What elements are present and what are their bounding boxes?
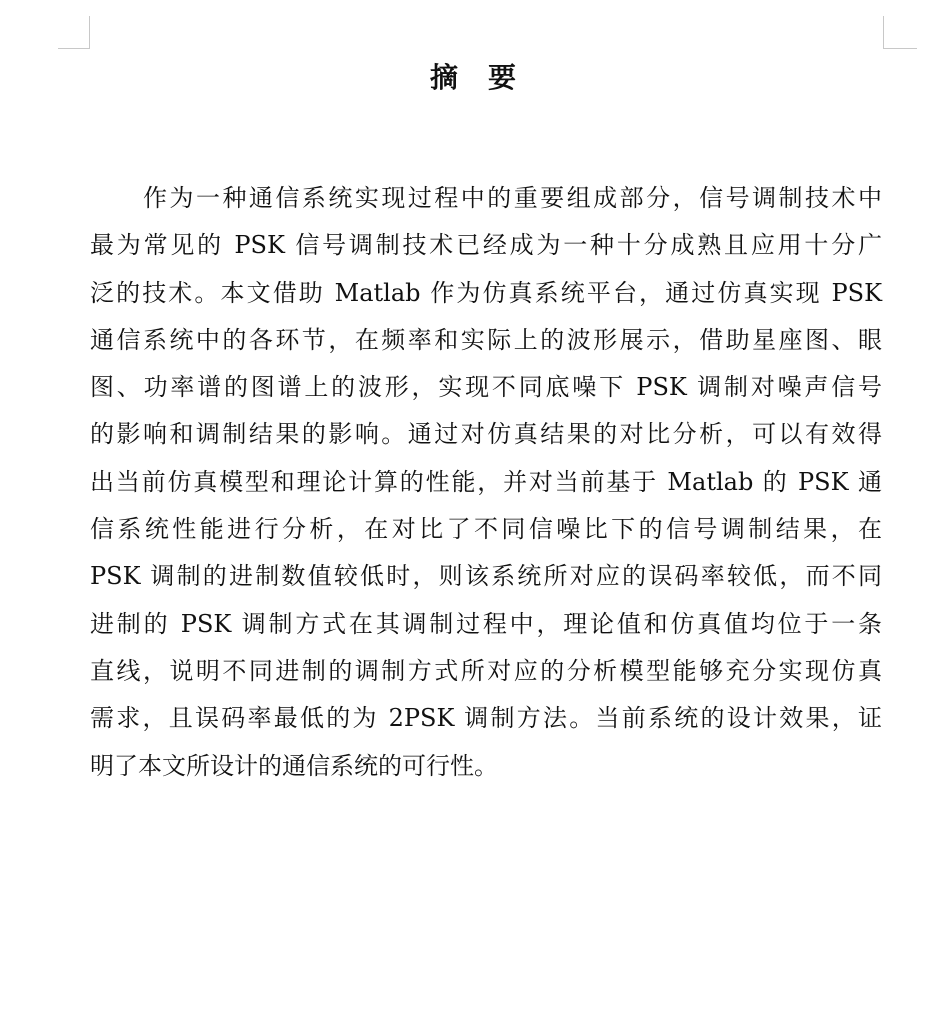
page-corner-mark-top-right (883, 16, 917, 49)
abstract-line-7: 出当前仿真模型和理论计算的性能，并对当前基于 Matlab 的 PSK 通 (90, 459, 882, 506)
abstract-line-6: 的影响和调制结果的影响。通过对仿真结果的对比分析，可以有效得 (90, 411, 882, 458)
abstract-line-10: 进制的 PSK 调制方式在其调制过程中，理论值和仿真值均位于一条 (90, 601, 882, 648)
abstract-line-1: 作为一种通信系统实现过程中的重要组成部分，信号调制技术中 (90, 175, 882, 222)
page-title: 摘要 (0, 58, 948, 98)
page-corner-mark-top-left (58, 16, 90, 49)
abstract-line-5: 图、功率谱的图谱上的波形，实现不同底噪下 PSK 调制对噪声信号 (90, 364, 882, 411)
abstract-paragraph: 作为一种通信系统实现过程中的重要组成部分，信号调制技术中 最为常见的 PSK 信… (90, 175, 882, 790)
abstract-line-2: 最为常见的 PSK 信号调制技术已经成为一种十分成熟且应用十分广 (90, 222, 882, 269)
abstract-line-4: 通信系统中的各环节，在频率和实际上的波形展示，借助星座图、眼 (90, 317, 882, 364)
page-title-char-2: 要 (488, 61, 518, 94)
abstract-line-13: 明了本文所设计的通信系统的可行性。 (90, 743, 882, 790)
page-title-char-1: 摘 (430, 61, 460, 94)
abstract-line-12: 需求，且误码率最低的为 2PSK 调制方法。当前系统的设计效果，证 (90, 695, 882, 742)
abstract-line-9: PSK 调制的进制数值较低时，则该系统所对应的误码率较低，而不同 (90, 553, 882, 600)
abstract-line-3: 泛的技术。本文借助 Matlab 作为仿真系统平台，通过仿真实现 PSK (90, 270, 882, 317)
abstract-line-8: 信系统性能进行分析，在对比了不同信噪比下的信号调制结果，在 (90, 506, 882, 553)
abstract-line-11: 直线，说明不同进制的调制方式所对应的分析模型能够充分实现仿真 (90, 648, 882, 695)
